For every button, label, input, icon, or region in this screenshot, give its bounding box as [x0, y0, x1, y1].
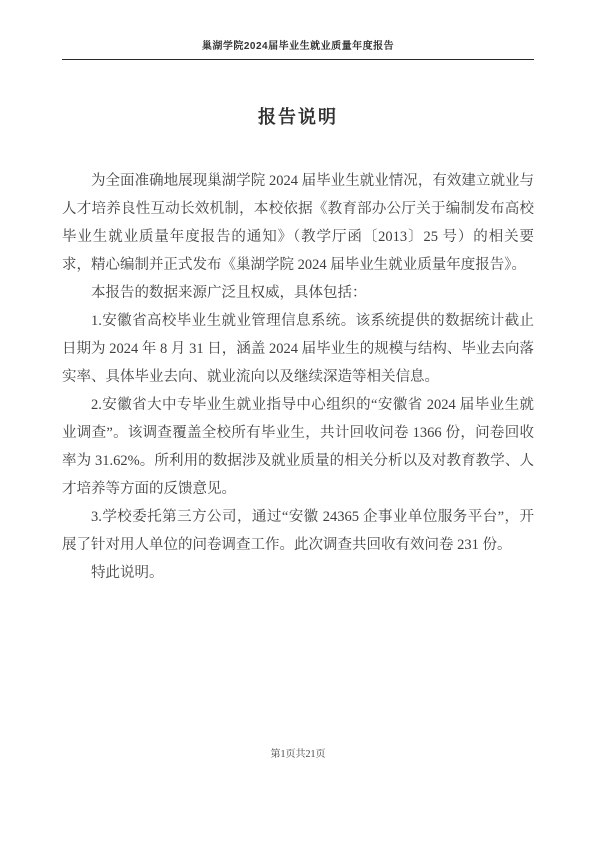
paragraph-intro: 为全面准确地展现巢湖学院 2024 届毕业生就业情况，有效建立就业与人才培养良性…: [62, 167, 534, 279]
report-page: 巢湖学院2024届毕业生就业质量年度报告 报告说明 为全面准确地展现巢湖学院 2…: [0, 0, 596, 842]
page-footer: 第1页共21页: [0, 745, 596, 760]
running-header-text: 巢湖学院2024届毕业生就业质量年度报告: [202, 41, 394, 52]
paragraph-data-sources-lead: 本报告的数据来源广泛且权威，具体包括：: [62, 279, 534, 307]
paragraph-source-1: 1.安徽省高校毕业生就业管理信息系统。该系统提供的数据统计截止日期为 2024 …: [62, 307, 534, 391]
page-header: 巢湖学院2024届毕业生就业质量年度报告: [62, 37, 534, 60]
paragraph-closing: 特此说明。: [62, 559, 534, 587]
page-title: 报告说明: [0, 103, 596, 129]
paragraph-source-2: 2.安徽省大中专毕业生就业指导中心组织的“安徽省 2024 届毕业生就业调查”。…: [62, 391, 534, 503]
page-number: 第1页共21页: [271, 749, 326, 760]
document-body: 为全面准确地展现巢湖学院 2024 届毕业生就业情况，有效建立就业与人才培养良性…: [62, 167, 534, 587]
paragraph-source-3: 3.学校委托第三方公司，通过“安徽 24365 企事业单位服务平台”，开展了针对…: [62, 503, 534, 559]
